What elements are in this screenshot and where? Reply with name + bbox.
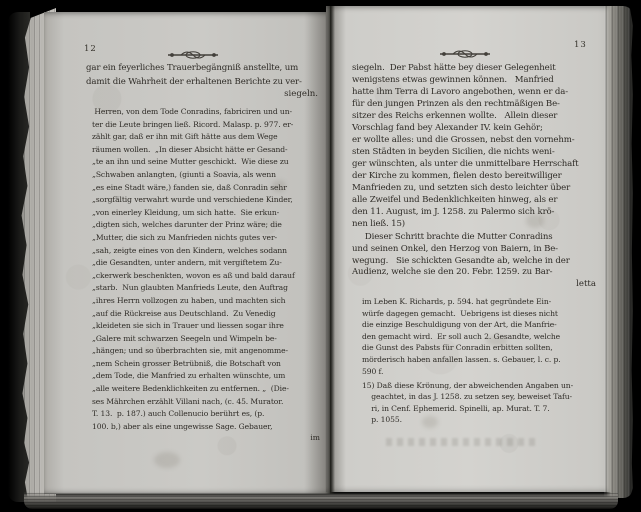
right-hang-word: letta [352, 279, 596, 289]
right-footnote-continuation: im Leben K. Richards, p. 594. hat gegrün… [362, 296, 594, 377]
fleuron-ornament-icon [438, 44, 492, 63]
page-number-left: 12 [84, 44, 97, 54]
left-page: 12 gar ein feyerliches Trauerbegängniß a… [44, 12, 330, 494]
stain [154, 452, 180, 468]
open-book: 12 gar ein feyerliches Trauerbegängniß a… [8, 6, 633, 506]
left-catchword: im [92, 433, 320, 442]
right-paragraph-1: siegeln. Der Pabst hätte bey dieser Gele… [352, 62, 596, 230]
ink-smudge [386, 438, 536, 446]
right-footnote-15: 15) Daß diese Krönung, der abweichenden … [362, 380, 594, 426]
photo-of-open-book: 12 gar ein feyerliches Trauerbegängniß a… [0, 0, 641, 512]
left-footnote-text: Herren, von dem Tode Conradins, fabricir… [92, 106, 320, 433]
left-main-hang-word: siegeln. [86, 89, 318, 99]
left-main-text: gar ein feyerliches Trauerbegängniß anst… [86, 62, 318, 89]
page-block-fore-edge-right [604, 6, 633, 498]
right-paragraph-2: Dieser Schritt brachte die Mutter Conrad… [352, 232, 596, 279]
book-gutter [325, 6, 335, 494]
page-number-right: 13 [574, 40, 587, 50]
right-page: 13 siegeln. Der Pabst hätte bey dieser G… [326, 6, 612, 492]
page-block-bottom-edge [24, 492, 618, 509]
